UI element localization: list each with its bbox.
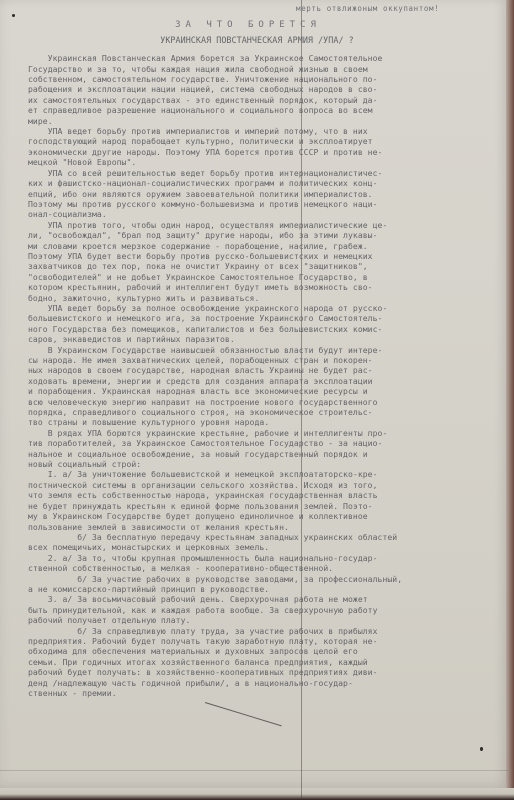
- text-line: предприятия. Рабочий будет получать таку…: [28, 636, 498, 646]
- text-line: рабощения и эксплоатации нации нацией, с…: [28, 84, 498, 94]
- typewritten-document: мерть отвлижоным оккупантом! ЗА ЧТО БОРЕ…: [28, 4, 498, 698]
- text-line: денд /надлежащую часть годичной прибыли/…: [28, 678, 498, 688]
- text-line: УПА ведет борьбу за полное освобождение …: [28, 303, 498, 313]
- text-line: что земля есть собственностью народа, ук…: [28, 490, 498, 500]
- text-line: их самостоятельных государствах - это ед…: [28, 95, 498, 105]
- text-line: собственном, самостоятельном государстве…: [28, 74, 498, 84]
- text-line: порядка, справедливого социального строя…: [28, 407, 498, 417]
- text-line: всю человеческую энергию направит на пос…: [28, 397, 498, 407]
- text-line: ких и фашистско-национал-социалистически…: [28, 178, 498, 188]
- text-line: экономически другие народы. Поэтому УПА …: [28, 147, 498, 157]
- text-line: ли, "освобождал", "брал под защиту" друг…: [28, 230, 498, 240]
- text-line: всех помещичьих, монастырских и церковны…: [28, 542, 498, 552]
- text-line: 3. а/ За восьмичасовый рабочий день. Све…: [28, 594, 498, 604]
- text-line: и порабощения. Украинская народная власт…: [28, 386, 498, 396]
- text-line: сы народа. Не имея захватнических целей,…: [28, 355, 498, 365]
- header-note: мерть отвлижоным оккупантом!: [296, 4, 498, 14]
- paper-edge-right: [506, 0, 514, 800]
- text-line: рабочий будет получать: в хозяйственно-к…: [28, 667, 498, 677]
- text-line: не будет принуждать крестьян к единой фо…: [28, 501, 498, 511]
- text-line: ми словами кроется мерзкое содержание - …: [28, 241, 498, 251]
- text-line: Поэтому мы против русского коммуно-больш…: [28, 199, 498, 209]
- text-line: семьи. При годичных итогах хозяйственног…: [28, 657, 498, 667]
- text-line: ных народов в своем государстве, народна…: [28, 365, 498, 375]
- text-line: котором крестьянин, рабочий и интеллиген…: [28, 282, 498, 292]
- text-line: Поэтому УПА будет вести борьбу против ру…: [28, 251, 498, 261]
- fold-crease-horizontal: [0, 770, 508, 771]
- text-line: Государство и за то, чтобы каждая нация …: [28, 64, 498, 74]
- document-subtitle: УКРАИНСКАЯ ПОВСТАНЧЕСКАЯ АРМИЯ /УПА/ ?: [28, 35, 486, 45]
- text-line: быть принудительной, как и каждая работа…: [28, 605, 498, 615]
- text-line: господствующий народ порабощает культурн…: [28, 136, 498, 146]
- text-line: мецкой "Новой Европы".: [28, 157, 498, 167]
- document-body: Украинская Повстанческая Армия борется з…: [28, 53, 498, 698]
- text-line: ного Государства без помещиков, капитали…: [28, 324, 498, 334]
- text-line: обходима для обеспечения материальных и …: [28, 646, 498, 656]
- text-line: ственных - премии.: [28, 688, 498, 698]
- text-line: б/ За участие рабочих в руководстве заво…: [28, 574, 498, 584]
- paper-edge-bottom: [0, 788, 514, 800]
- text-line: Украинская Повстанческая Армия борется з…: [28, 53, 498, 63]
- text-line: УПА ведет борьбу против империалистов и …: [28, 126, 498, 136]
- text-line: ходовать времени, энергии и средств для …: [28, 376, 498, 386]
- text-line: УПА против того, чтобы один народ, осуще…: [28, 220, 498, 230]
- text-line: онал-социализма.: [28, 209, 498, 219]
- text-line: тво страны и повышение культурного уровн…: [28, 417, 498, 427]
- document-title: ЗА ЧТО БОРЕТСЯ: [28, 20, 468, 30]
- text-line: захватчиков до тех пор, пока не очистит …: [28, 261, 498, 271]
- text-line: "освободителей" и не добьет Украинское С…: [28, 272, 498, 282]
- text-line: му в Украинском Государстве будет допуще…: [28, 511, 498, 521]
- text-line: большевистского и немецкого ига, за пост…: [28, 313, 498, 323]
- ink-spot: [12, 14, 15, 17]
- text-line: нальное и социальное освобождение, за но…: [28, 449, 498, 459]
- text-line: б/ За справедливую плату труда, за участ…: [28, 626, 498, 636]
- text-line: а не комиссарско-партийный принцип в рук…: [28, 584, 498, 594]
- text-line: бодно, зажиточно, культурно жить и разви…: [28, 293, 498, 303]
- ink-spot: [480, 747, 483, 751]
- text-line: В рядах УПА борются украинские крестьяне…: [28, 428, 498, 438]
- text-line: рабочий получает отдельную плату.: [28, 615, 498, 625]
- text-line: тив поработителей, за Украинское Самосто…: [28, 438, 498, 448]
- text-line: В Украинском Государстве наивысшей обяза…: [28, 345, 498, 355]
- text-line: постнической системы в организации сельс…: [28, 480, 498, 490]
- text-line: 2. а/ За то, чтобы крупная промышленност…: [28, 553, 498, 563]
- text-line: новый социальный строй:: [28, 459, 498, 469]
- text-line: епций, ибо они являются оружием завоеват…: [28, 189, 498, 199]
- text-line: ет справедливое разрешение национального…: [28, 105, 498, 115]
- text-line: саров, энкаведистов и партийных паразито…: [28, 334, 498, 344]
- text-line: мире.: [28, 116, 498, 126]
- text-line: б/ За бесплатную передачу крестьянам зап…: [28, 532, 498, 542]
- text-line: УПА со всей решительностью ведет борьбу …: [28, 168, 498, 178]
- text-line: пользование землей в зависимости от жела…: [28, 522, 498, 532]
- text-line: I. а/ За уничтожение большевистской и не…: [28, 469, 498, 479]
- text-line: ственной собственностью, а мелкая - кооп…: [28, 563, 498, 573]
